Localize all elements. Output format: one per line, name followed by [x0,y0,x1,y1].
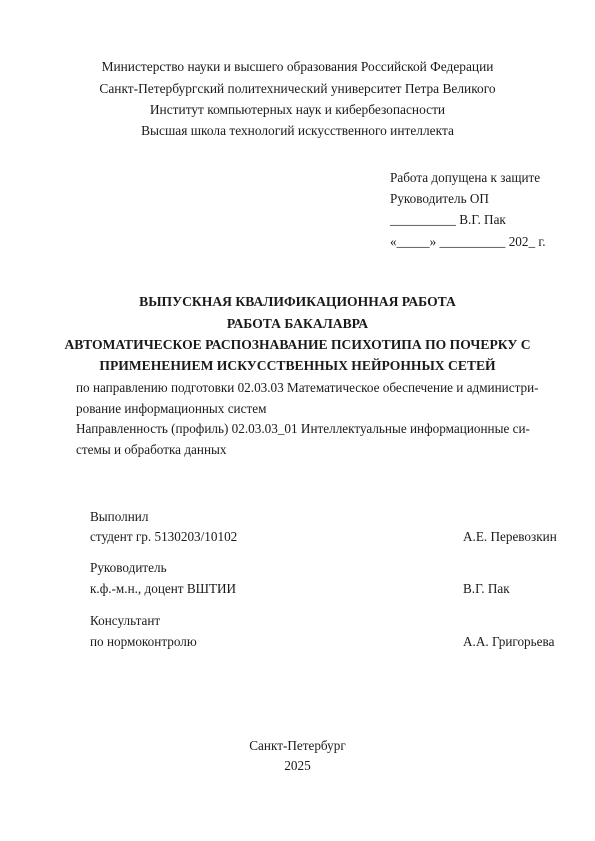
approval-date-line: «_____» __________ 202_ г. [390,234,546,250]
direction-line-1: по направлению подготовки 02.03.03 Матем… [76,380,539,396]
year: 2025 [0,758,595,774]
institute-line: Институт компьютерных наук и кибербезопа… [0,102,595,118]
direction-line-2: рование информационных систем [76,401,266,417]
school-line: Высшая школа технологий искусственного и… [0,123,595,139]
supervisor-name: В.Г. Пак [463,581,510,597]
approval-role: Руководитель ОП [390,191,489,207]
supervisor-detail: к.ф.-м.н., доцент ВШТИИ [90,581,236,597]
consultant-detail: по нормоконтролю [90,634,197,650]
author-name: А.Е. Перевозкин [463,529,557,545]
consultant-name: А.А. Григорьева [463,634,554,650]
author-detail: студент гр. 5130203/10102 [90,529,237,545]
ministry-line: Министерство науки и высшего образования… [0,59,595,75]
profile-line-2: стемы и обработка данных [76,442,226,458]
author-role: Выполнил [90,509,148,525]
approval-status: Работа допущена к защите [390,170,540,186]
city: Санкт-Петербург [0,738,595,754]
topic-line-2: ПРИМЕНЕНИЕМ ИСКУССТВЕННЫХ НЕЙРОННЫХ СЕТЕ… [0,358,595,374]
topic-line-1: АВТОМАТИЧЕСКОЕ РАСПОЗНАВАНИЕ ПСИХОТИПА П… [0,337,595,353]
approval-signature-line: __________ В.Г. Пак [390,212,506,228]
degree-type: РАБОТА БАКАЛАВРА [0,316,595,332]
work-type: ВЫПУСКНАЯ КВАЛИФИКАЦИОННАЯ РАБОТА [0,294,595,310]
supervisor-role: Руководитель [90,560,167,576]
profile-line-1: Направленность (профиль) 02.03.03_01 Инт… [76,421,530,437]
university-line: Санкт-Петербургский политехнический унив… [0,81,595,97]
consultant-role: Консультант [90,613,160,629]
